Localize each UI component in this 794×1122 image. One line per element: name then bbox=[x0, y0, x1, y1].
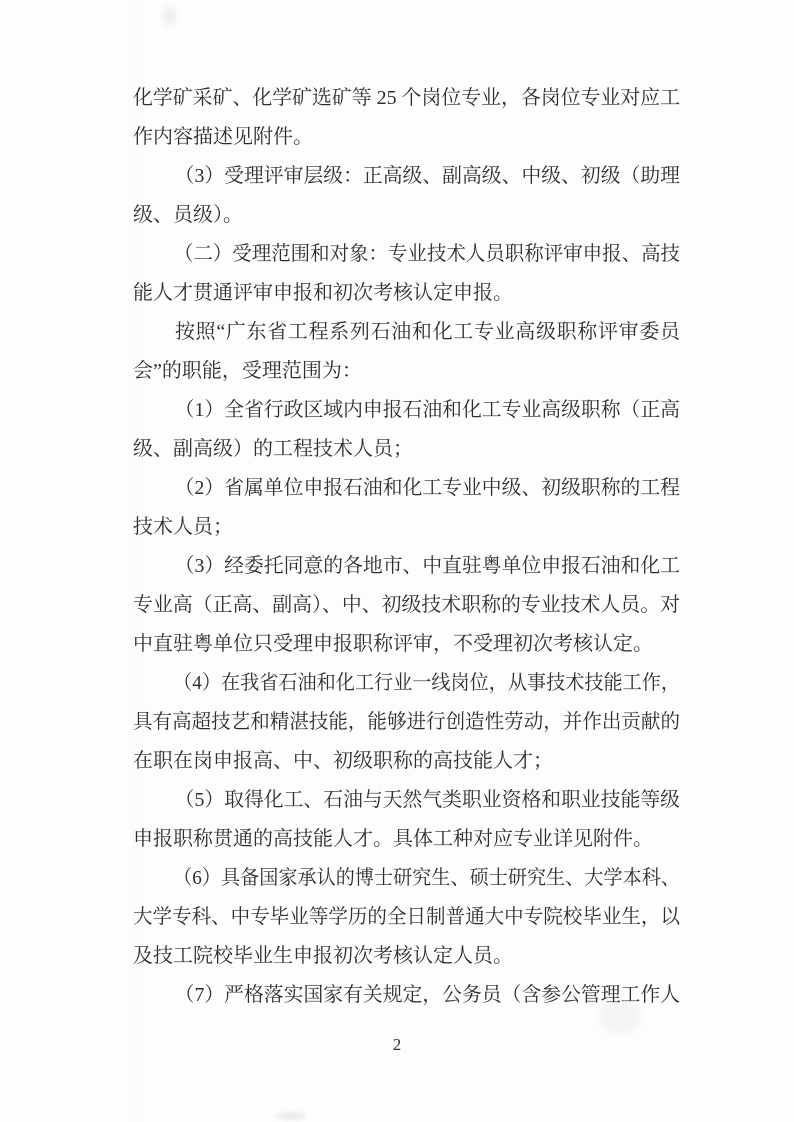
text-line: 会”的职能，受理范围为： bbox=[133, 352, 680, 391]
text-line: 具有高超技艺和精湛技能，能够进行创造性劳动，并作出贡献的 bbox=[133, 703, 667, 742]
text-line: 按照“广东省工程系列石油和化工专业高级职称评审委员 bbox=[133, 313, 680, 352]
text-line: 在职在岗申报高、中、初级职称的高技能人才； bbox=[133, 742, 680, 781]
text-line: （二）受理范围和对象：专业技术人员职称评审申报、高技 bbox=[133, 235, 665, 274]
document-text: 化学矿采矿、化学矿选矿等 25 个岗位专业，各岗位专业对应工作内容描述见附件。（… bbox=[133, 79, 680, 1015]
text-line: 申报职称贯通的高技能人才。具体工种对应专业详见附件。 bbox=[133, 820, 680, 859]
text-line: 级、副高级）的工程技术人员； bbox=[133, 430, 680, 469]
scan-smudge bbox=[162, 6, 178, 26]
text-line: 化学矿采矿、化学矿选矿等 25 个岗位专业，各岗位专业对应工 bbox=[133, 79, 677, 118]
text-line: 能人才贯通评审申报和初次考核认定申报。 bbox=[133, 274, 680, 313]
text-line: 作内容描述见附件。 bbox=[133, 118, 680, 157]
text-line: （1）全省行政区域内申报石油和化工专业高级职称（正高 bbox=[133, 391, 675, 430]
text-line: 技术人员； bbox=[133, 508, 680, 547]
text-line: （2）省属单位申报石油和化工专业中级、初级职称的工程 bbox=[133, 469, 675, 508]
text-line: （5）取得化工、石油与天然气类职业资格和职业技能等级 bbox=[133, 781, 675, 820]
document-page: 化学矿采矿、化学矿选矿等 25 个岗位专业，各岗位专业对应工作内容描述见附件。（… bbox=[0, 0, 794, 1122]
scan-smudge bbox=[276, 1112, 306, 1120]
text-line: （7）严格落实国家有关规定，公务员（含参公管理工作人 bbox=[133, 976, 675, 1015]
text-line: 及技工院校毕业生申报初次考核认定人员。 bbox=[133, 937, 680, 976]
text-line: （4）在我省石油和化工行业一线岗位，从事技术技能工作， bbox=[133, 664, 656, 703]
page-number: 2 bbox=[0, 1035, 794, 1055]
text-line: 级、员级）。 bbox=[133, 196, 680, 235]
text-line: （3）经委托同意的各地市、中直驻粤单位申报石油和化工 bbox=[133, 547, 675, 586]
text-line: 专业高（正高、副高）、中、初级技术职称的专业技术人员。对 bbox=[133, 586, 677, 625]
text-line: （3）受理评审层级：正高级、副高级、中级、初级（助理 bbox=[133, 157, 675, 196]
text-line: 中直驻粤单位只受理申报职称评审，不受理初次考核认定。 bbox=[133, 625, 680, 664]
text-line: 大学专科、中专毕业等学历的全日制普通大中专院校毕业生，以 bbox=[133, 898, 667, 937]
text-line: （6）具备国家承认的博士研究生、硕士研究生、大学本科、 bbox=[133, 859, 656, 898]
